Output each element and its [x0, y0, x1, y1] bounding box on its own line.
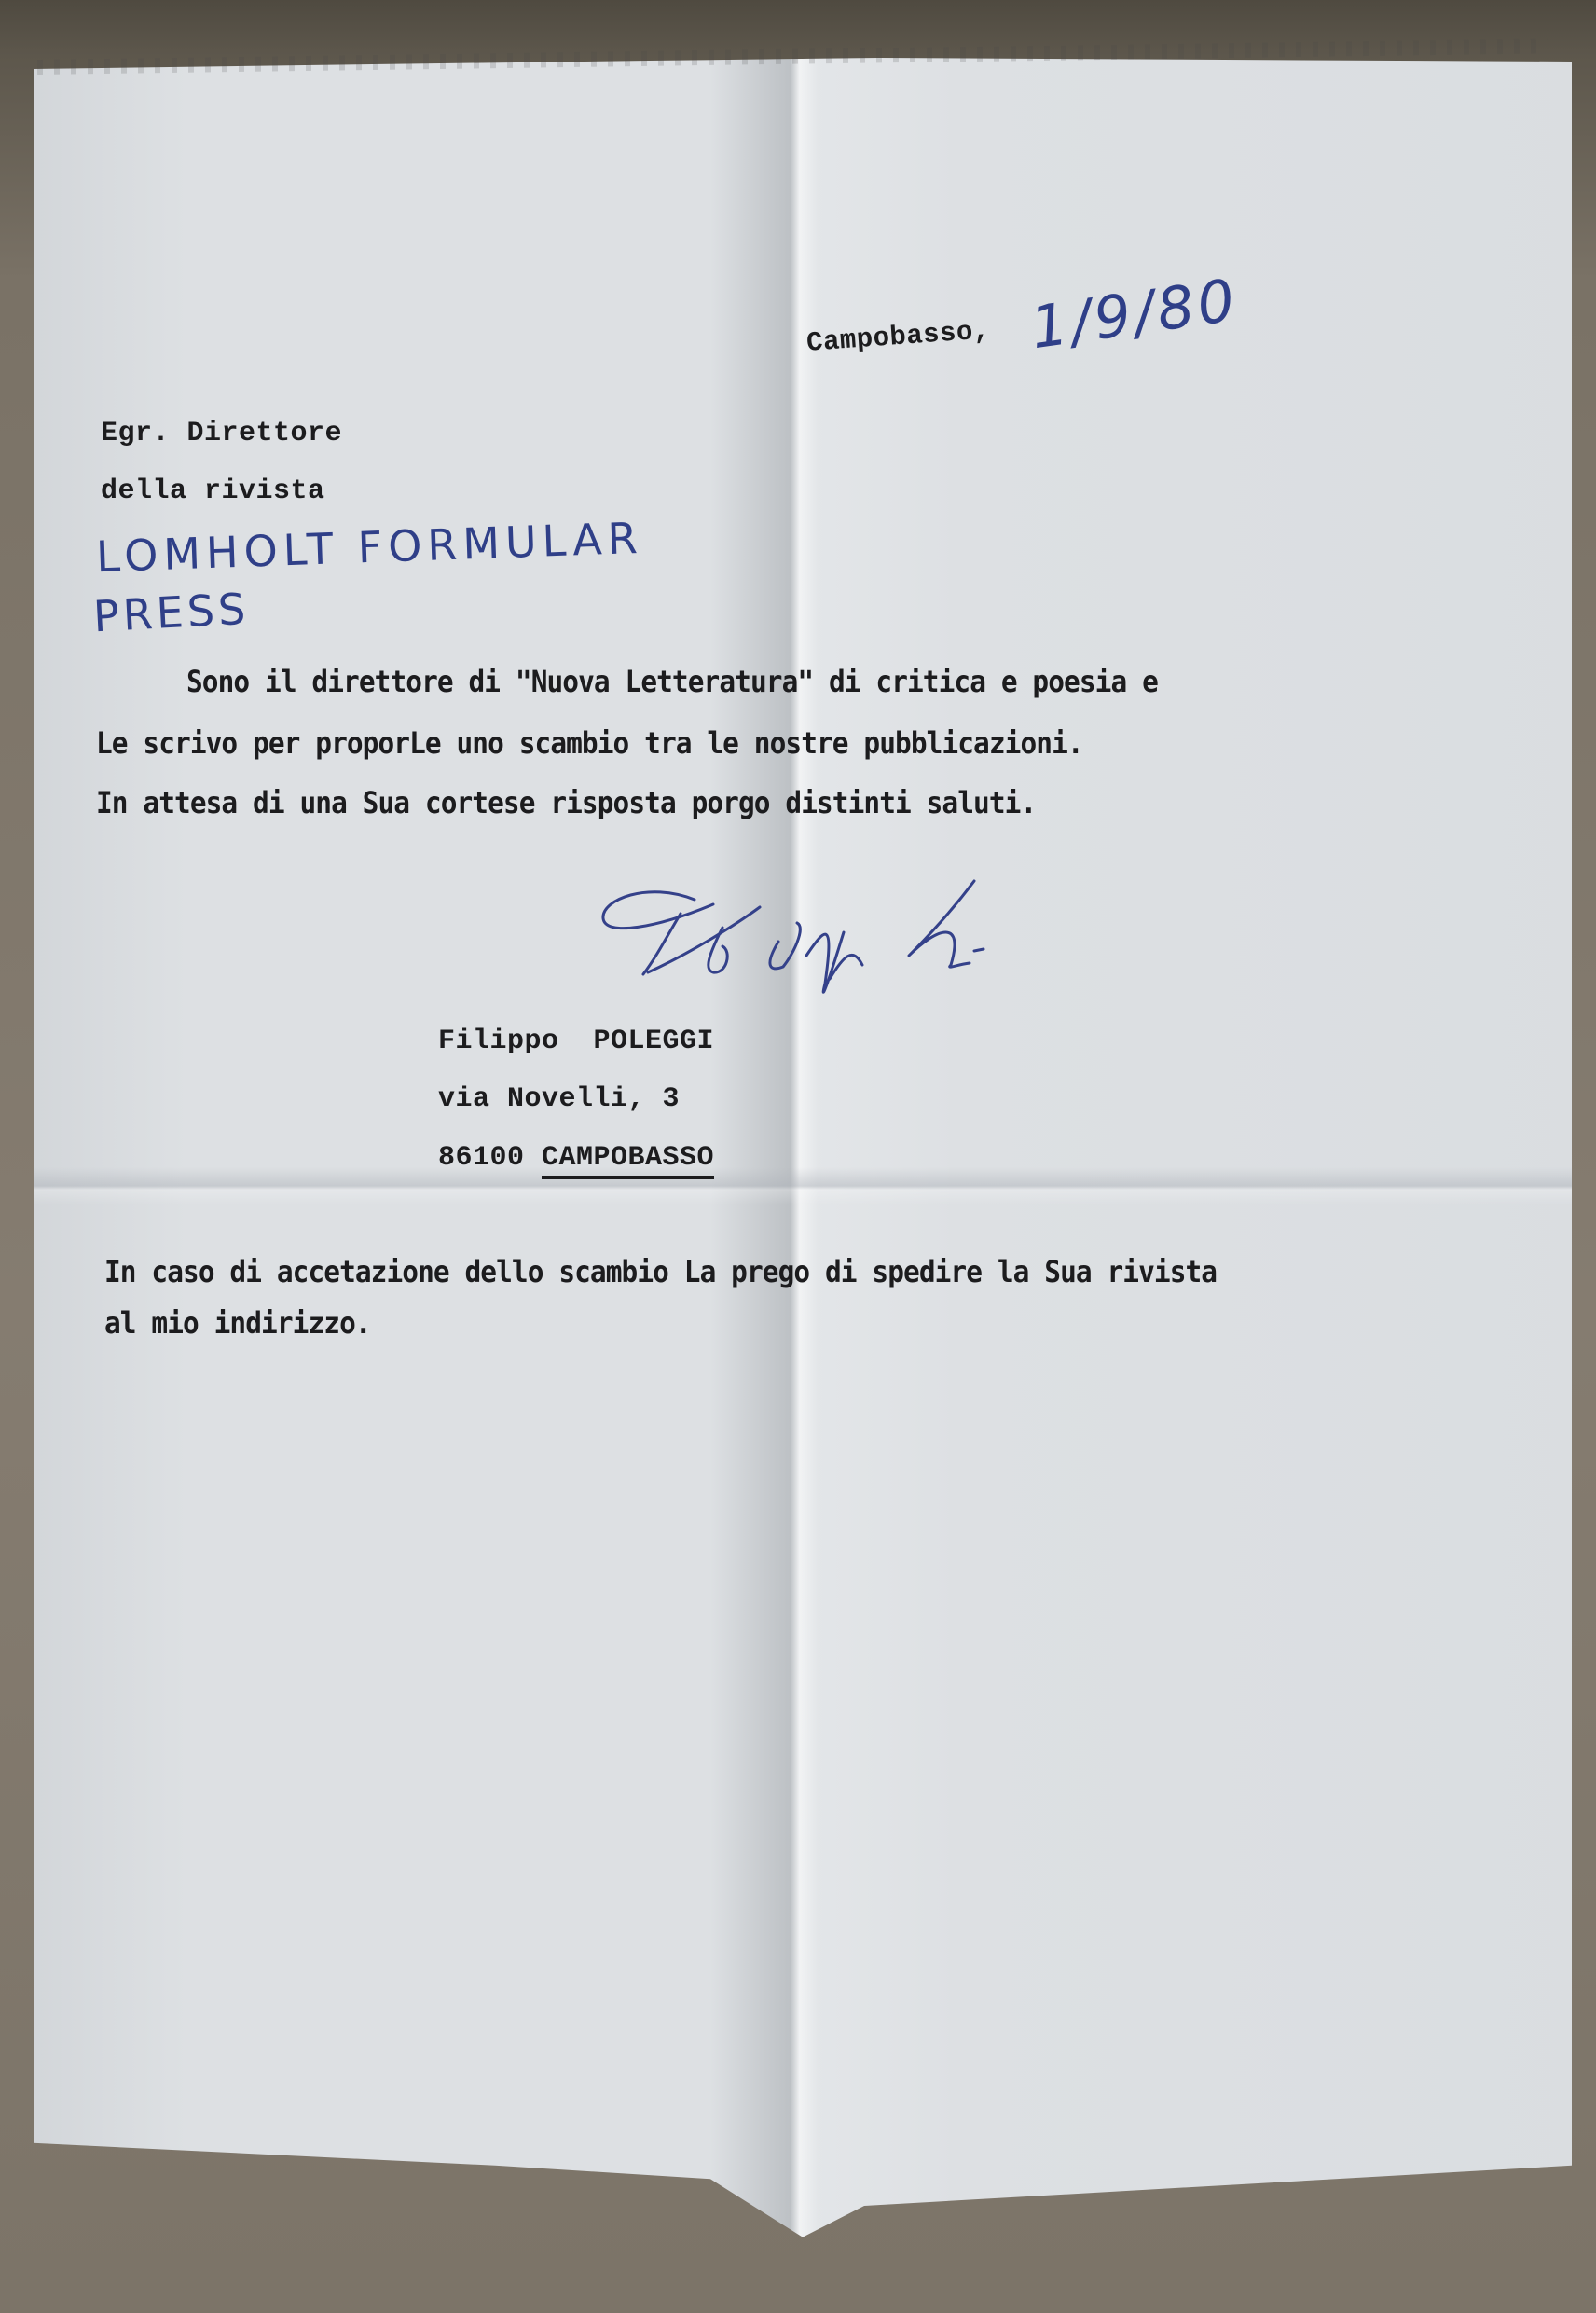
- letter-paper: [34, 58, 1572, 2295]
- body-line-2: Le scrivo per proporLe uno scambio tra l…: [96, 725, 1083, 761]
- handwritten-signature: [592, 862, 1002, 1021]
- sender-city: CAMPOBASSO: [542, 1142, 714, 1179]
- recipient-salutation: Egr. Direttore: [101, 418, 342, 449]
- recipient-name-handwritten-2: PRESS: [92, 584, 251, 642]
- sender-street: via Novelli, 3: [438, 1083, 680, 1115]
- sender-city-line: 86100 CAMPOBASSO: [438, 1142, 714, 1174]
- postscript-line-1: In caso di accetazione dello scambio La …: [104, 1254, 1217, 1289]
- recipient-line-journal: della rivista: [101, 475, 325, 507]
- sender-name: Filippo POLEGGI: [438, 1026, 714, 1057]
- body-line-1: Sono il direttore di "Nuova Letteratura"…: [186, 664, 1158, 699]
- sender-postal-code: 86100: [438, 1142, 525, 1174]
- postscript-line-2: al mio indirizzo.: [104, 1305, 371, 1341]
- body-line-3: In attesa di una Sua cortese risposta po…: [96, 785, 1036, 820]
